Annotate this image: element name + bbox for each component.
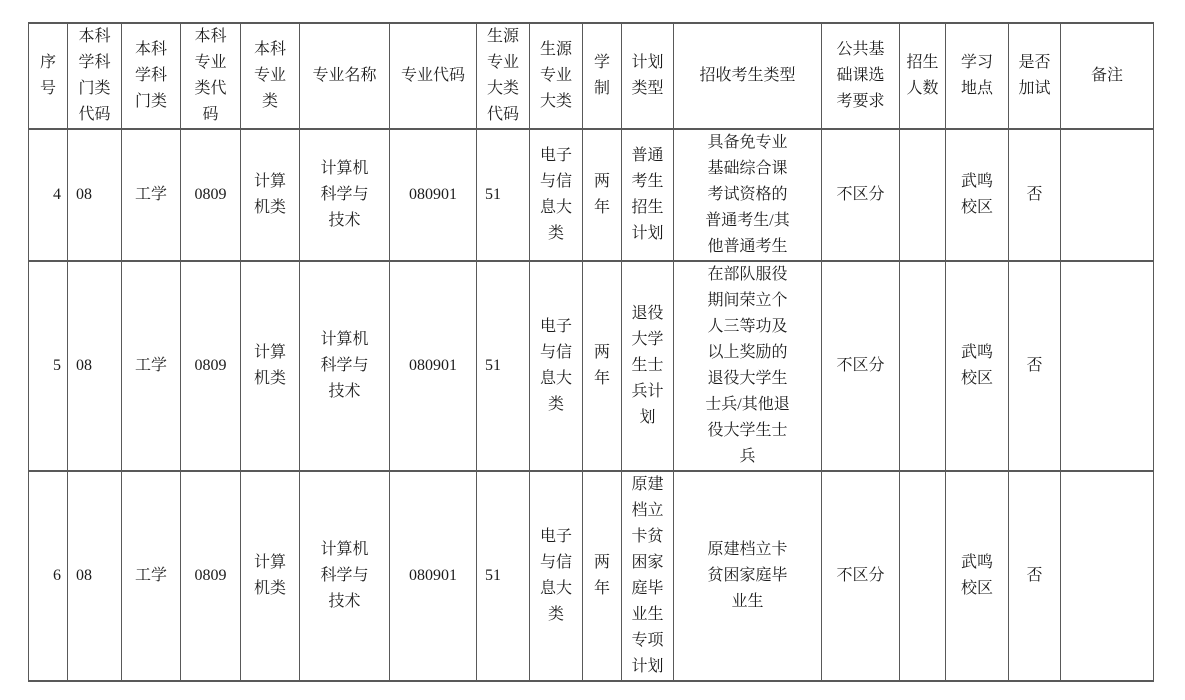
cell-schooling-length: 两年	[583, 261, 622, 471]
cell-schooling-length: 两年	[583, 471, 622, 681]
admission-plan-table: 序号 本科学科门类代码 本科学科门类 本科专业类代码 本科专业类 专业名称 专业…	[28, 22, 1154, 682]
cell-public-basic-course-requirement: 不区分	[822, 261, 900, 471]
cell-source-major-group: 电子与信息大类	[530, 471, 583, 681]
cell-undergrad-major-class-code: 0809	[181, 471, 241, 681]
header-plan-type: 计划类型	[622, 23, 674, 129]
cell-undergrad-major-class-code: 0809	[181, 261, 241, 471]
cell-serial-number: 6	[29, 471, 68, 681]
cell-serial-number: 4	[29, 129, 68, 261]
cell-undergrad-major-class: 计算机类	[241, 129, 300, 261]
header-schooling-length: 学制	[583, 23, 622, 129]
cell-enrollment-number	[900, 471, 946, 681]
cell-source-major-group-code: 51	[477, 261, 530, 471]
cell-plan-type: 普通考生招生计划	[622, 129, 674, 261]
header-study-location: 学习地点	[946, 23, 1009, 129]
cell-major-name: 计算机科学与技术	[300, 261, 390, 471]
header-major-name: 专业名称	[300, 23, 390, 129]
cell-extra-test-required: 否	[1009, 261, 1061, 471]
cell-extra-test-required: 否	[1009, 471, 1061, 681]
cell-undergrad-discipline-category: 工学	[122, 261, 181, 471]
cell-undergrad-discipline-category-code: 08	[68, 261, 122, 471]
cell-source-major-group: 电子与信息大类	[530, 261, 583, 471]
header-row: 序号 本科学科门类代码 本科学科门类 本科专业类代码 本科专业类 专业名称 专业…	[29, 23, 1154, 129]
cell-study-location: 武鸣校区	[946, 261, 1009, 471]
cell-major-code: 080901	[390, 129, 477, 261]
header-undergrad-discipline-category: 本科学科门类	[122, 23, 181, 129]
cell-undergrad-major-class-code: 0809	[181, 129, 241, 261]
header-admitted-candidate-type: 招收考生类型	[674, 23, 822, 129]
header-source-major-group: 生源专业大类	[530, 23, 583, 129]
table-row: 4 08 工学 0809 计算机类 计算机科学与技术 080901 51 电子与…	[29, 129, 1154, 261]
header-public-basic-course-requirement: 公共基础课选考要求	[822, 23, 900, 129]
cell-public-basic-course-requirement: 不区分	[822, 471, 900, 681]
cell-admitted-candidate-type: 具备免专业基础综合课考试资格的普通考生/其他普通考生	[674, 129, 822, 261]
cell-source-major-group: 电子与信息大类	[530, 129, 583, 261]
cell-undergrad-major-class: 计算机类	[241, 471, 300, 681]
cell-remarks	[1061, 471, 1154, 681]
cell-study-location: 武鸣校区	[946, 471, 1009, 681]
cell-major-code: 080901	[390, 471, 477, 681]
header-remarks: 备注	[1061, 23, 1154, 129]
cell-undergrad-discipline-category-code: 08	[68, 129, 122, 261]
cell-study-location: 武鸣校区	[946, 129, 1009, 261]
cell-major-name: 计算机科学与技术	[300, 129, 390, 261]
header-undergrad-discipline-category-code: 本科学科门类代码	[68, 23, 122, 129]
cell-undergrad-major-class: 计算机类	[241, 261, 300, 471]
cell-source-major-group-code: 51	[477, 471, 530, 681]
cell-undergrad-discipline-category: 工学	[122, 471, 181, 681]
cell-serial-number: 5	[29, 261, 68, 471]
cell-admitted-candidate-type: 原建档立卡贫困家庭毕业生	[674, 471, 822, 681]
header-extra-test-required: 是否加试	[1009, 23, 1061, 129]
header-major-code: 专业代码	[390, 23, 477, 129]
cell-major-name: 计算机科学与技术	[300, 471, 390, 681]
cell-undergrad-discipline-category-code: 08	[68, 471, 122, 681]
cell-remarks	[1061, 129, 1154, 261]
header-undergrad-major-class-code: 本科专业类代码	[181, 23, 241, 129]
cell-source-major-group-code: 51	[477, 129, 530, 261]
cell-plan-type: 原建档立卡贫困家庭毕业生专项计划	[622, 471, 674, 681]
cell-enrollment-number	[900, 129, 946, 261]
table-row: 5 08 工学 0809 计算机类 计算机科学与技术 080901 51 电子与…	[29, 261, 1154, 471]
cell-undergrad-discipline-category: 工学	[122, 129, 181, 261]
cell-admitted-candidate-type: 在部队服役期间荣立个人三等功及以上奖励的退役大学生士兵/其他退役大学生士兵	[674, 261, 822, 471]
header-enrollment-number: 招生人数	[900, 23, 946, 129]
header-serial-number: 序号	[29, 23, 68, 129]
header-source-major-group-code: 生源专业大类代码	[477, 23, 530, 129]
cell-schooling-length: 两年	[583, 129, 622, 261]
cell-major-code: 080901	[390, 261, 477, 471]
table-row: 6 08 工学 0809 计算机类 计算机科学与技术 080901 51 电子与…	[29, 471, 1154, 681]
cell-public-basic-course-requirement: 不区分	[822, 129, 900, 261]
header-undergrad-major-class: 本科专业类	[241, 23, 300, 129]
cell-enrollment-number	[900, 261, 946, 471]
cell-extra-test-required: 否	[1009, 129, 1061, 261]
cell-remarks	[1061, 261, 1154, 471]
cell-plan-type: 退役大学生士兵计划	[622, 261, 674, 471]
